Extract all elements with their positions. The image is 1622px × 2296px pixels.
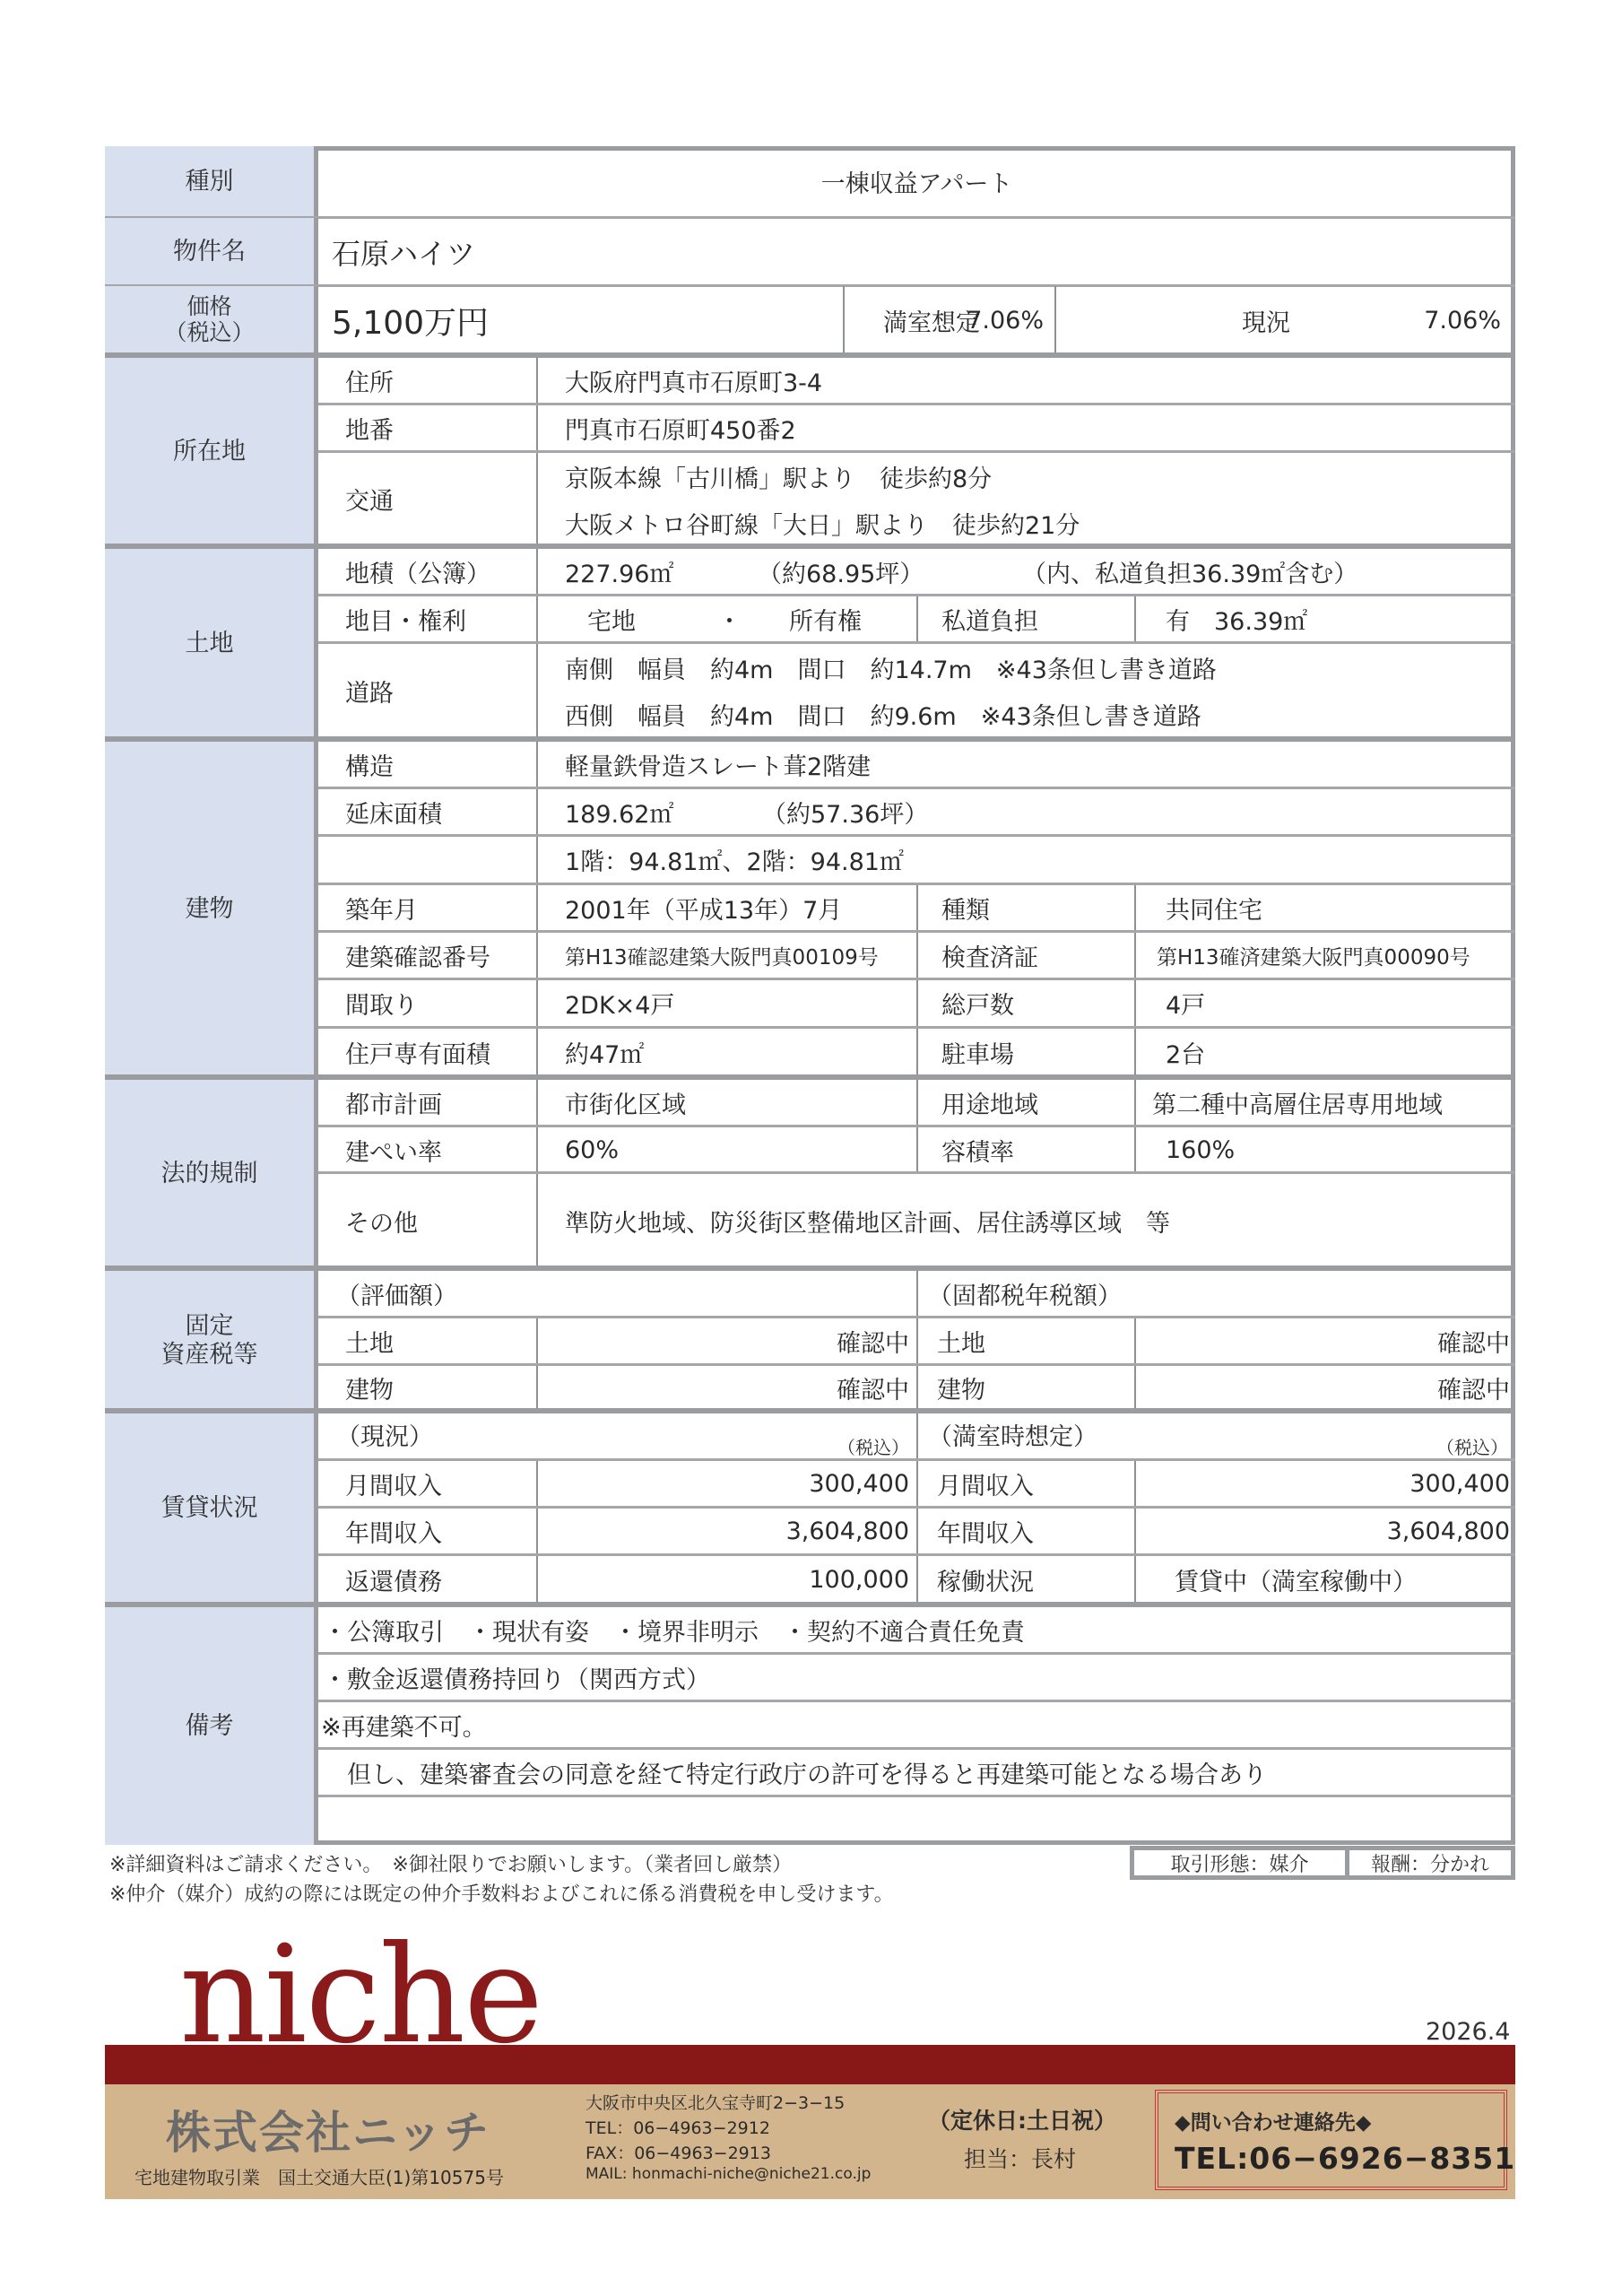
- remarks-line-2: ・敷金返還債務持回り（関西方式）: [323, 1655, 1506, 1700]
- structure-label: 構造: [345, 742, 525, 787]
- yield-current-label: 現況: [1242, 286, 1314, 354]
- tax-building-label-2: 建物: [937, 1366, 1116, 1410]
- tax-section-label: 固定 資産税等: [105, 1271, 318, 1410]
- name-label: 物件名: [105, 218, 318, 285]
- bcr-value: 60%: [565, 1127, 906, 1172]
- holiday-info: （定休日:土日祝）: [928, 2103, 1116, 2135]
- divider: [1054, 286, 1056, 354]
- remarks-line-3: ※再建築不可。: [321, 1702, 1505, 1747]
- kind-value: 共同住宅: [1166, 885, 1506, 930]
- rental-full-header: （満室時想定）: [928, 1413, 1197, 1455]
- bcr-label: 建ぺい率: [345, 1127, 525, 1172]
- rental-section-text: 賃貸状況: [161, 1494, 258, 1522]
- built-value: 2001年（平成13年）7月: [565, 885, 906, 930]
- inspection-value: 第H13確済建築大阪門真00090号: [1157, 933, 1515, 978]
- deposit-label: 返還債務: [345, 1556, 525, 1603]
- contact-box: ◆問い合わせ連絡先◆ TEL:06−6926−8351: [1155, 2090, 1507, 2190]
- floor-area-sqm: 189.62㎡: [565, 789, 744, 834]
- tax-section-line1: 固定: [186, 1312, 234, 1340]
- license-number: 宅地建物取引業 国土交通大臣(1)第10575号: [134, 2163, 504, 2189]
- building-section-text: 建物: [186, 895, 234, 923]
- monthly-income-label-2: 月間収入: [937, 1461, 1116, 1506]
- unit-area-label: 住戸専有面積: [345, 1029, 533, 1075]
- annual-income-full: 3,604,800: [1136, 1509, 1515, 1553]
- floor-area-label: 延床面積: [345, 789, 525, 834]
- zoning-value: 第二種中高層住居専用地域: [1152, 1080, 1511, 1125]
- annual-income-label: 年間収入: [345, 1509, 525, 1553]
- tax-building-assessed: 確認中: [538, 1366, 915, 1410]
- rental-full-tax-note: （税込）: [1363, 1431, 1514, 1460]
- remarks-line-4: 但し、建築審査会の同意を経て特定行政庁の許可を得ると再建築可能となる場合あり: [323, 1750, 1506, 1795]
- regulation-section-label: 法的規制: [105, 1080, 318, 1267]
- address-value: 大阪府門真市石原町3-4: [565, 358, 1462, 403]
- private-road-label: 私道負担: [941, 596, 1121, 641]
- road-west: 西側 幅員 約4m 間口 約9.6m ※43条但し書き道路: [565, 691, 1506, 737]
- private-road-value: 有 36.39㎡: [1166, 596, 1506, 641]
- niche-logo: niche: [179, 1928, 542, 2063]
- property-name: 石原ハイツ: [332, 218, 1408, 285]
- remarks-line-5: [323, 1797, 1506, 1840]
- divider: [916, 596, 918, 641]
- parking-value: 2台: [1166, 1029, 1506, 1075]
- company-tel: TEL：06−4963−2912: [585, 2115, 770, 2139]
- far-value: 160%: [1166, 1127, 1506, 1172]
- annual-income-current: 3,604,800: [538, 1509, 915, 1553]
- price-label: 価格 （税込）: [105, 286, 318, 354]
- monthly-income-current: 300,400: [538, 1461, 915, 1506]
- annual-tax-header: （固都税年税額）: [928, 1271, 1197, 1316]
- far-label: 容積率: [941, 1127, 1121, 1172]
- remarks-section-text: 備考: [186, 1712, 234, 1740]
- land-area-sqm: 227.96㎡: [565, 549, 744, 594]
- deal-type-badge: 取引形態：媒介: [1130, 1846, 1349, 1880]
- name-label-text: 物件名: [173, 238, 246, 265]
- permit-label: 建築確認番号: [345, 933, 533, 978]
- price-label-line2: （税込）: [164, 320, 254, 346]
- divider: [843, 286, 845, 354]
- tax-building-annual: 確認中: [1136, 1366, 1515, 1410]
- price-value: 5,100万円: [332, 286, 834, 354]
- footer-note-1: ※詳細資料はご請求ください。 ※御社限りでお願いします。（業者回し厳禁）: [109, 1849, 792, 1877]
- inspection-label: 検査済証: [941, 933, 1121, 978]
- annual-income-label-2: 年間収入: [937, 1509, 1116, 1553]
- zoning-label: 用途地域: [941, 1080, 1121, 1125]
- tax-land-assessed: 確認中: [538, 1318, 915, 1363]
- tax-land-label: 土地: [345, 1318, 525, 1363]
- tax-land-annual: 確認中: [1136, 1318, 1515, 1363]
- units-label: 総戸数: [941, 980, 1121, 1025]
- kind-label: 種類: [941, 885, 1121, 930]
- built-label: 築年月: [345, 885, 525, 930]
- land-area-label: 地積（公簿）: [345, 549, 533, 594]
- location-section-text: 所在地: [173, 438, 246, 465]
- land-section-label: 土地: [105, 549, 318, 738]
- contact-title: ◆問い合わせ連絡先◆: [1175, 2106, 1504, 2135]
- address-label: 住所: [345, 358, 525, 403]
- transport-line-2: 大阪メトロ谷町線「大日」駅より 徒歩約21分: [565, 500, 1462, 546]
- monthly-income-full: 300,400: [1136, 1461, 1515, 1506]
- road-south: 南側 幅員 約4m 間口 約14.7m ※43条但し書き道路: [565, 644, 1506, 691]
- footer-note-2: ※仲介（媒介）成約の際には既定の仲介手数料およびこれに係る消費税を申し受けます。: [109, 1879, 894, 1907]
- parking-label: 駐車場: [941, 1029, 1121, 1075]
- assessed-header: （評価額）: [336, 1271, 605, 1316]
- rental-section-label: 賃貸状況: [105, 1413, 318, 1604]
- city-plan-label: 都市計画: [345, 1080, 525, 1125]
- land-rights: 所有権: [789, 596, 906, 641]
- tax-section-line2: 資産税等: [161, 1341, 258, 1369]
- company-address: 大阪市中央区北久宝寺町2−3−15: [585, 2090, 845, 2114]
- divider: [1134, 596, 1136, 641]
- divider: [1134, 885, 1136, 1076]
- company-fax: FAX：06−4963−2913: [585, 2140, 771, 2164]
- land-category-separator: ・: [717, 596, 744, 641]
- tax-land-label-2: 土地: [937, 1318, 1116, 1363]
- transport-label: 交通: [345, 453, 525, 545]
- issue-date: 2026.4: [1426, 2018, 1510, 2046]
- yield-full-value: 7.06%: [986, 286, 1049, 354]
- other-label: その他: [345, 1174, 525, 1267]
- land-area-tsubo: （約68.95坪）: [758, 549, 937, 594]
- type-label-text: 種別: [186, 168, 234, 196]
- type-value: 一棟収益アパート: [318, 146, 1515, 217]
- yield-current-value: 7.06%: [1390, 286, 1506, 354]
- divider: [916, 885, 918, 1076]
- brand-band: [105, 2045, 1515, 2084]
- occupancy-label: 稼働状況: [937, 1556, 1116, 1603]
- lot-value: 門真市石原町450番2: [565, 405, 1462, 450]
- company-mail[interactable]: MAIL: honmachi-niche@niche21.co.jp: [585, 2165, 871, 2183]
- rental-current-header: （現況）: [336, 1413, 605, 1455]
- type-label: 種別: [105, 146, 318, 217]
- road-label: 道路: [345, 644, 525, 738]
- building-section-label: 建物: [105, 742, 318, 1076]
- staff-in-charge: 担当：長村: [964, 2142, 1076, 2174]
- regulation-section-text: 法的規制: [161, 1160, 258, 1187]
- rental-current-tax-note: （税込）: [762, 1431, 915, 1460]
- tax-building-label: 建物: [345, 1366, 525, 1410]
- lot-label: 地番: [345, 405, 525, 450]
- deposit-value: 100,000: [538, 1556, 915, 1603]
- location-section-label: 所在地: [105, 358, 318, 545]
- floor-breakdown: 1階：94.81㎡、2階：94.81㎡: [565, 837, 1462, 882]
- divider: [916, 1413, 918, 1604]
- land-area-note: （内、私道負担36.39㎡含む）: [1022, 549, 1426, 594]
- unit-area-value: 約47㎡: [565, 1029, 906, 1075]
- city-plan-value: 市街化区域: [565, 1080, 906, 1125]
- layout-label: 間取り: [345, 980, 525, 1025]
- divider: [916, 1271, 918, 1410]
- structure-value: 軽量鉄骨造スレート葺2階建: [565, 742, 1462, 787]
- remarks-line-1: ・公簿取引 ・現状有姿 ・境界非明示 ・契約不適合責任免責: [323, 1607, 1506, 1652]
- units-value: 4戸: [1166, 980, 1506, 1025]
- land-section-text: 土地: [186, 630, 234, 657]
- remarks-section-label: 備考: [105, 1607, 318, 1845]
- transport-line-1: 京阪本線「古川橋」駅より 徒歩約8分: [565, 453, 1462, 500]
- other-value: 準防火地域、防災街区整備地区計画、居住誘導区域 等: [565, 1174, 1506, 1267]
- contact-tel[interactable]: TEL:06−6926−8351: [1175, 2141, 1504, 2176]
- land-category-label: 地目・権利: [345, 596, 533, 641]
- commission-badge: 報酬：分かれ: [1345, 1846, 1515, 1880]
- permit-value: 第H13確認建築大阪門真00109号: [565, 933, 915, 978]
- price-label-line1: 価格: [186, 294, 231, 320]
- monthly-income-label: 月間収入: [345, 1461, 525, 1506]
- land-category: 宅地: [587, 596, 677, 641]
- floor-area-tsubo: （約57.36坪）: [762, 789, 986, 834]
- layout-value: 2DK×4戸: [565, 980, 906, 1025]
- occupancy-value: 賃貸中（満室稼働中）: [1175, 1556, 1515, 1603]
- company-name: 株式会社ニッチ: [166, 2097, 490, 2161]
